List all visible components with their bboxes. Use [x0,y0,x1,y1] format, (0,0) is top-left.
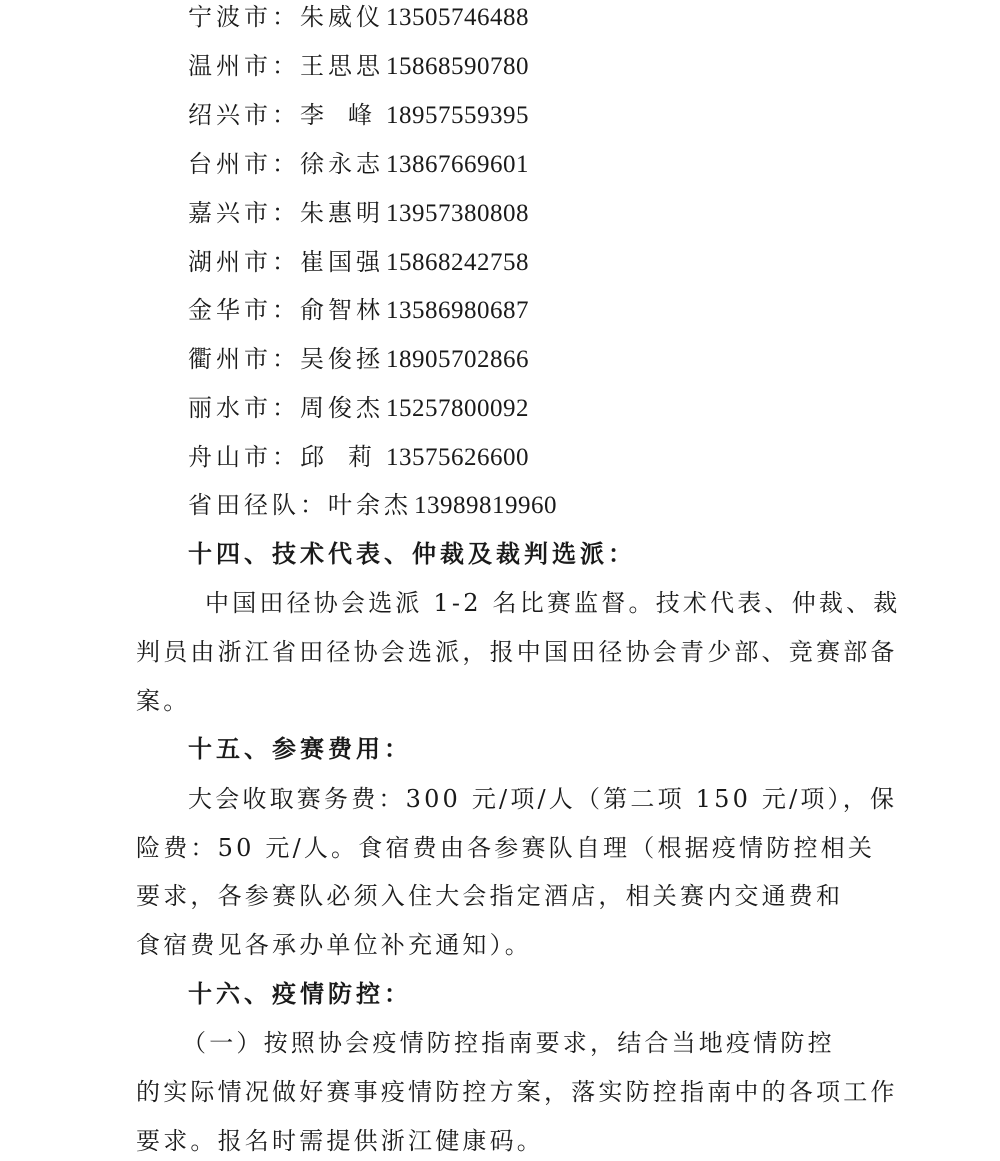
paragraph-line: 要求，各参赛队必须入住大会指定酒店，相关赛内交通费和 [136,881,843,911]
section-heading-15: 十五、参赛费用： [188,734,412,764]
contact-phone: 13867669601 [386,150,529,180]
paragraph-line: 判员由浙江省田径协会选派，报中国田径协会青少部、竞赛部备 [136,637,898,667]
contact-city: 嘉兴市： [188,198,300,228]
contact-city: 绍兴市： [188,100,300,130]
paragraph-line: 险费：50 元/人。食宿费由各参赛队自理（根据疫情防控相关 [136,833,875,863]
paragraph-line: 中国田径协会选派 1-2 名比赛监督。技术代表、仲裁、裁 [205,588,901,618]
contact-phone: 15257800092 [386,394,529,424]
contact-name: 李 峰 [300,100,380,130]
contact-name: 吴俊拯 [300,344,380,374]
paragraph-line: 食宿费见各承办单位补充通知）。 [136,930,532,960]
paragraph-line: 案。 [136,686,190,716]
contact-phone: 13586980687 [386,296,529,326]
section-heading-16: 十六、疫情防控： [188,979,412,1009]
contact-phone: 13989819960 [414,491,557,521]
contact-name: 王思思 [300,51,380,81]
paragraph-line: 的实际情况做好赛事疫情防控方案，落实防控指南中的各项工作 [136,1077,898,1107]
contact-row: 金华市：俞智林13586980687 [188,295,529,326]
contact-phone: 15868590780 [386,52,529,82]
contact-name: 俞智林 [300,295,380,325]
contact-city: 宁波市： [188,2,300,32]
contact-row: 丽水市：周俊杰15257800092 [188,393,529,424]
paragraph-line: （一）按照协会疫情防控指南要求，结合当地疫情防控 [182,1028,835,1058]
contact-row: 省田径队：叶余杰13989819960 [188,490,557,521]
contact-phone: 13957380808 [386,199,529,229]
paragraph-line: 大会收取赛务费：300 元/项/人（第二项 150 元/项），保 [188,784,897,814]
contact-row: 嘉兴市：朱惠明13957380808 [188,198,529,229]
contact-name: 周俊杰 [300,393,380,423]
contact-row: 绍兴市：李 峰18957559395 [188,100,529,131]
contact-name: 徐永志 [300,149,380,179]
contact-phone: 15868242758 [386,248,529,278]
contact-name: 朱威仪 [300,2,380,32]
contact-row: 湖州市：崔国强15868242758 [188,247,529,278]
contact-row: 台州市：徐永志13867669601 [188,149,529,180]
contact-city: 湖州市： [188,247,300,277]
contact-phone: 18905702866 [386,345,529,375]
contact-phone: 13575626600 [386,443,529,473]
contact-city: 金华市： [188,295,300,325]
contact-city: 舟山市： [188,442,300,472]
document-page: 宁波市：朱威仪13505746488 温州市：王思思15868590780 绍兴… [0,0,1000,1161]
contact-row: 舟山市：邱 莉13575626600 [188,442,529,473]
contact-city: 省田径队： [188,490,328,520]
contact-city: 温州市： [188,51,300,81]
contact-name: 朱惠明 [300,198,380,228]
contact-row: 温州市：王思思15868590780 [188,51,529,82]
paragraph-line: 要求。报名时需提供浙江健康码。 [136,1126,544,1156]
section-heading-14: 十四、技术代表、仲裁及裁判选派： [188,539,636,569]
contact-row: 衢州市：吴俊拯18905702866 [188,344,529,375]
contact-city: 台州市： [188,149,300,179]
contact-name: 叶余杰 [328,490,408,520]
contact-phone: 18957559395 [386,101,529,131]
contact-phone: 13505746488 [386,3,529,33]
contact-row: 宁波市：朱威仪13505746488 [188,2,529,33]
contact-city: 衢州市： [188,344,300,374]
contact-name: 崔国强 [300,247,380,277]
contact-city: 丽水市： [188,393,300,423]
contact-name: 邱 莉 [300,442,380,472]
